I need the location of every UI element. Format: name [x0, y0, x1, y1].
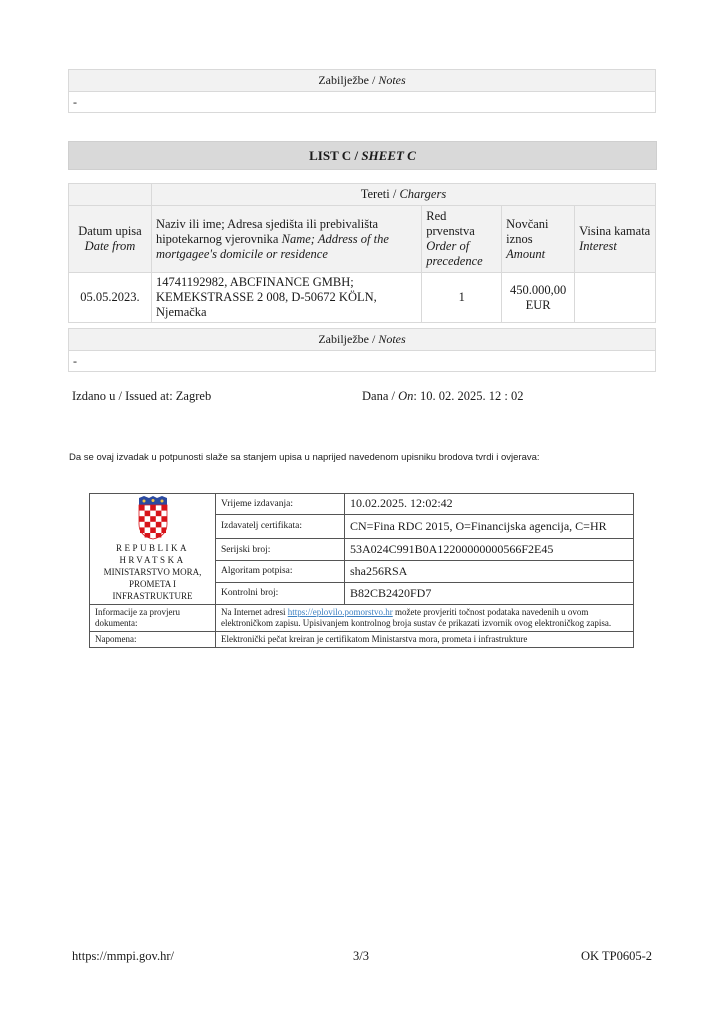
- footer-url: https://mmpi.gov.hr/: [72, 949, 174, 964]
- col-header-name: Naziv ili ime; Adresa sjedišta ili prebi…: [151, 206, 421, 273]
- notes-header-hr: Zabilježbe: [318, 73, 369, 87]
- issuer-line-ministry-3: INFRASTRUKTURE: [90, 590, 215, 604]
- notes-table-top: Zabilježbe / Notes -: [68, 69, 656, 113]
- certificate-table: REPUBLIKA HRVATSKA MINISTARSTVO MORA, PR…: [89, 493, 634, 648]
- issuer-line-republic: REPUBLIKA: [90, 542, 215, 554]
- issuer-line-ministry-1: MINISTARSTVO MORA,: [90, 566, 215, 578]
- issued-date-label-hr: Dana: [362, 389, 388, 403]
- confirmation-text: Da se ovaj izvadak u potpunosti slaže sa…: [69, 452, 540, 463]
- issuer-block: REPUBLIKA HRVATSKA MINISTARSTVO MORA, PR…: [90, 494, 216, 605]
- issued-place-label: Izdano u / Issued at:: [72, 389, 173, 403]
- notes-header: Zabilježbe / Notes: [69, 329, 656, 351]
- col-header-date-hr: Datum upisa: [78, 224, 142, 238]
- cell-amount: 450.000,00EUR: [502, 273, 575, 323]
- col-header-amount-en: Amount: [506, 247, 545, 261]
- cell-order: 1: [422, 273, 502, 323]
- table-row: 05.05.2023. 14741192982, ABCFINANCE GMBH…: [69, 273, 656, 323]
- notes-value: -: [69, 92, 656, 113]
- charges-section-hr: Tereti: [361, 187, 390, 201]
- sheet-title: LIST C / SHEET C: [68, 141, 657, 170]
- charges-table: Tereti / Chargers Datum upisaDate from N…: [68, 183, 656, 323]
- col-header-date: Datum upisaDate from: [69, 206, 152, 273]
- cert-label-control: Kontrolni broj:: [216, 582, 345, 604]
- cell-name-line1: 14741192982, ABCFINANCE GMBH;: [156, 275, 354, 289]
- cert-value-issue-time: 10.02.2025. 12:02:42: [345, 494, 634, 515]
- col-header-order-en: Order of precedence: [426, 239, 482, 268]
- charges-corner-cell: [69, 184, 152, 206]
- charges-section-title: Tereti / Chargers: [151, 184, 655, 206]
- col-header-order: Red prvenstvaOrder of precedence: [422, 206, 502, 273]
- issued-place: Izdano u / Issued at: Zagreb: [72, 389, 211, 404]
- cell-name-line3: Njemačka: [156, 305, 207, 319]
- cell-amount-value: 450.000,00: [510, 283, 566, 297]
- cert-label-issue-time: Vrijeme izdavanja:: [216, 494, 345, 515]
- cell-name-line2: KEMEKSTRASSE 2 008, D-50672 KÖLN,: [156, 290, 377, 304]
- notes-header-en: Notes: [378, 332, 405, 346]
- cert-label-serial: Serijski broj:: [216, 539, 345, 561]
- col-header-interest-en: Interest: [579, 239, 617, 253]
- issuer-line-country: HRVATSKA: [90, 554, 215, 566]
- col-header-amount-hr: Novčani iznos: [506, 217, 548, 246]
- cert-value-control: B82CB2420FD7: [345, 582, 634, 604]
- col-header-interest: Visina kamataInterest: [575, 206, 656, 273]
- cert-label-issuer: Izdavatelj certifikata:: [216, 514, 345, 538]
- cert-note-label: Napomena:: [90, 632, 216, 648]
- cert-verify-info: Na Internet adresi https://eplovilo.pomo…: [216, 605, 634, 632]
- cert-verify-label: Informacije za provjeru dokumenta:: [90, 605, 216, 632]
- cert-label-algorithm: Algoritam potpisa:: [216, 561, 345, 583]
- notes-value: -: [69, 351, 656, 372]
- cell-interest: [575, 273, 656, 323]
- footer-doc-code: OK TP0605-2: [581, 949, 652, 964]
- cell-name: 14741192982, ABCFINANCE GMBH;KEMEKSTRASS…: [151, 273, 421, 323]
- sheet-title-hr: LIST C: [309, 148, 351, 163]
- cert-note-value: Elektronički pečat kreiran je certifikat…: [216, 632, 634, 648]
- notes-header-hr: Zabilježbe: [318, 332, 369, 346]
- cert-value-issuer: CN=Fina RDC 2015, O=Financijska agencija…: [345, 514, 634, 538]
- cert-value-serial: 53A024C991B0A12200000000566F2E45: [345, 539, 634, 561]
- issuer-line-ministry-2: PROMETA I: [90, 578, 215, 590]
- verify-link[interactable]: https://eplovilo.pomorstvo.hr: [288, 607, 393, 617]
- notes-header-en: Notes: [378, 73, 405, 87]
- notes-table-bottom: Zabilježbe / Notes -: [68, 328, 656, 372]
- col-header-amount: Novčani iznosAmount: [502, 206, 575, 273]
- cert-verify-prefix: Na Internet adresi: [221, 607, 285, 617]
- cell-amount-currency: EUR: [526, 298, 551, 312]
- cell-date: 05.05.2023.: [69, 273, 152, 323]
- coat-of-arms-icon: [136, 496, 170, 540]
- sheet-title-en: SHEET C: [361, 148, 416, 163]
- charges-section-en: Chargers: [399, 187, 446, 201]
- issued-date-value: 10. 02. 2025. 12 : 02: [420, 389, 523, 403]
- cert-value-algorithm: sha256RSA: [345, 561, 634, 583]
- col-header-order-hr: Red prvenstva: [426, 209, 475, 238]
- issued-place-value: Zagreb: [176, 389, 211, 403]
- notes-header: Zabilježbe / Notes: [69, 70, 656, 92]
- col-header-interest-hr: Visina kamata: [579, 224, 650, 238]
- issued-date-label-en: On: [398, 389, 413, 403]
- col-header-date-en: Date from: [85, 239, 136, 253]
- issued-date: Dana / On: 10. 02. 2025. 12 : 02: [362, 389, 523, 404]
- footer-page-number: 3/3: [353, 949, 369, 964]
